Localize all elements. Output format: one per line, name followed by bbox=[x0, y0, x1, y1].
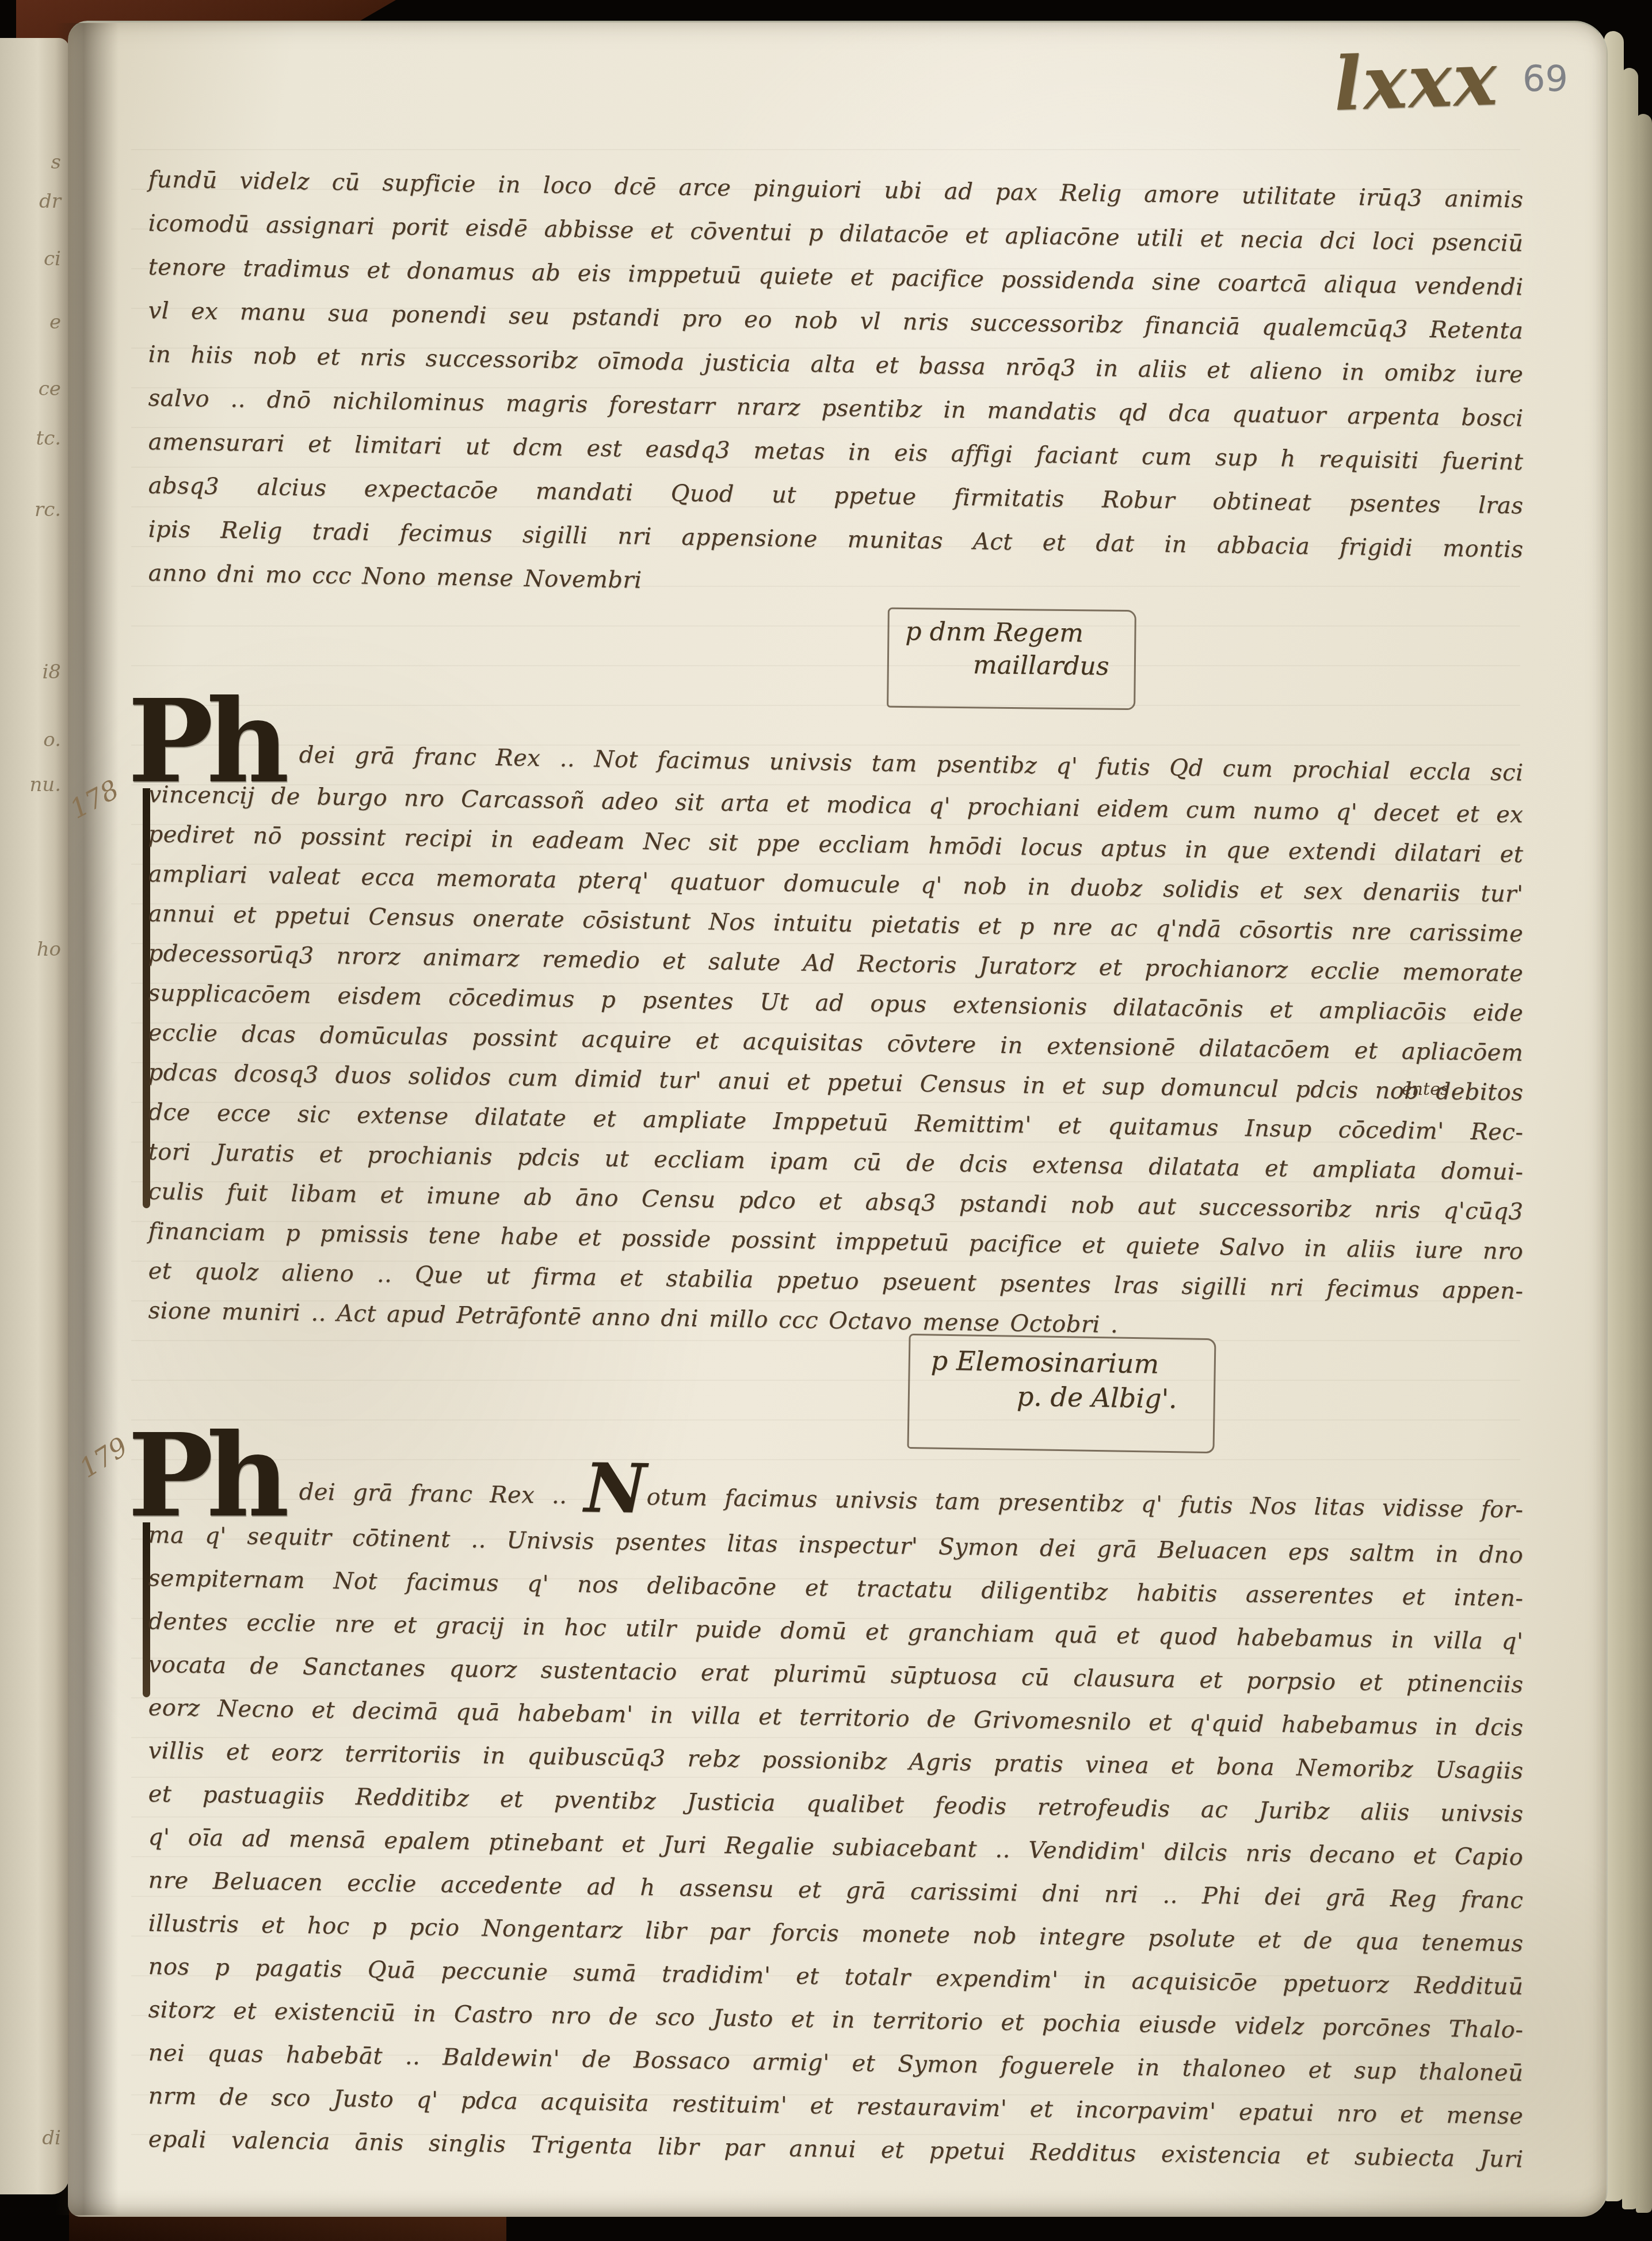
folio-number-pencil: 69 bbox=[1523, 58, 1568, 100]
initial-ph-179: Ph bbox=[128, 1423, 283, 1528]
interlinear-insertion: entes bbox=[1402, 1079, 1449, 1099]
facing-page-fragment: i8 bbox=[42, 661, 61, 684]
facing-page-fragment: s bbox=[51, 151, 61, 174]
facing-page-fragment: tc. bbox=[36, 427, 61, 450]
manuscript-scan: { "colors": { "parchment": "#ece7d7", "i… bbox=[0, 0, 1652, 2241]
chancery-note-elemosinarium: p Elemosinarium p. de Albig'. bbox=[907, 1334, 1216, 1453]
chancery-note-line: p. de Albig'. bbox=[930, 1378, 1202, 1417]
notum-initial: N bbox=[584, 1448, 647, 1529]
quire-mark: lxxx bbox=[1333, 42, 1500, 121]
facing-page-fragment: nu. bbox=[29, 773, 61, 796]
royal-intitulatio: dei grā franc Rex .. bbox=[299, 742, 575, 772]
page-edge bbox=[1622, 68, 1638, 2209]
facing-page-fragment: rc. bbox=[35, 498, 61, 521]
facing-page-edge: s dr ci e ce tc. rc. i8 o. nu. ho di bbox=[0, 38, 69, 2194]
page-edge bbox=[1636, 114, 1652, 2213]
chancery-note-line: p dnm Regem bbox=[905, 615, 1126, 650]
chancery-note-regem: p dnm Regem maillardus bbox=[887, 608, 1136, 711]
facing-page-fragment: ci bbox=[44, 247, 61, 270]
facing-page-fragment: ce bbox=[39, 377, 61, 400]
facing-page-fragment: o. bbox=[43, 728, 61, 751]
initial-ph-178: Ph bbox=[128, 689, 283, 794]
chancery-note-line: maillardus bbox=[905, 648, 1126, 683]
facing-page-fragment: e bbox=[49, 311, 61, 334]
chancery-note-line: p Elemosinarium bbox=[930, 1343, 1203, 1382]
facing-page-fragment: ho bbox=[37, 938, 61, 961]
facing-page-fragment: dr bbox=[39, 190, 61, 213]
royal-intitulatio: dei grā franc Rex .. bbox=[299, 1479, 567, 1509]
facing-page-fragment: di bbox=[42, 2127, 61, 2150]
